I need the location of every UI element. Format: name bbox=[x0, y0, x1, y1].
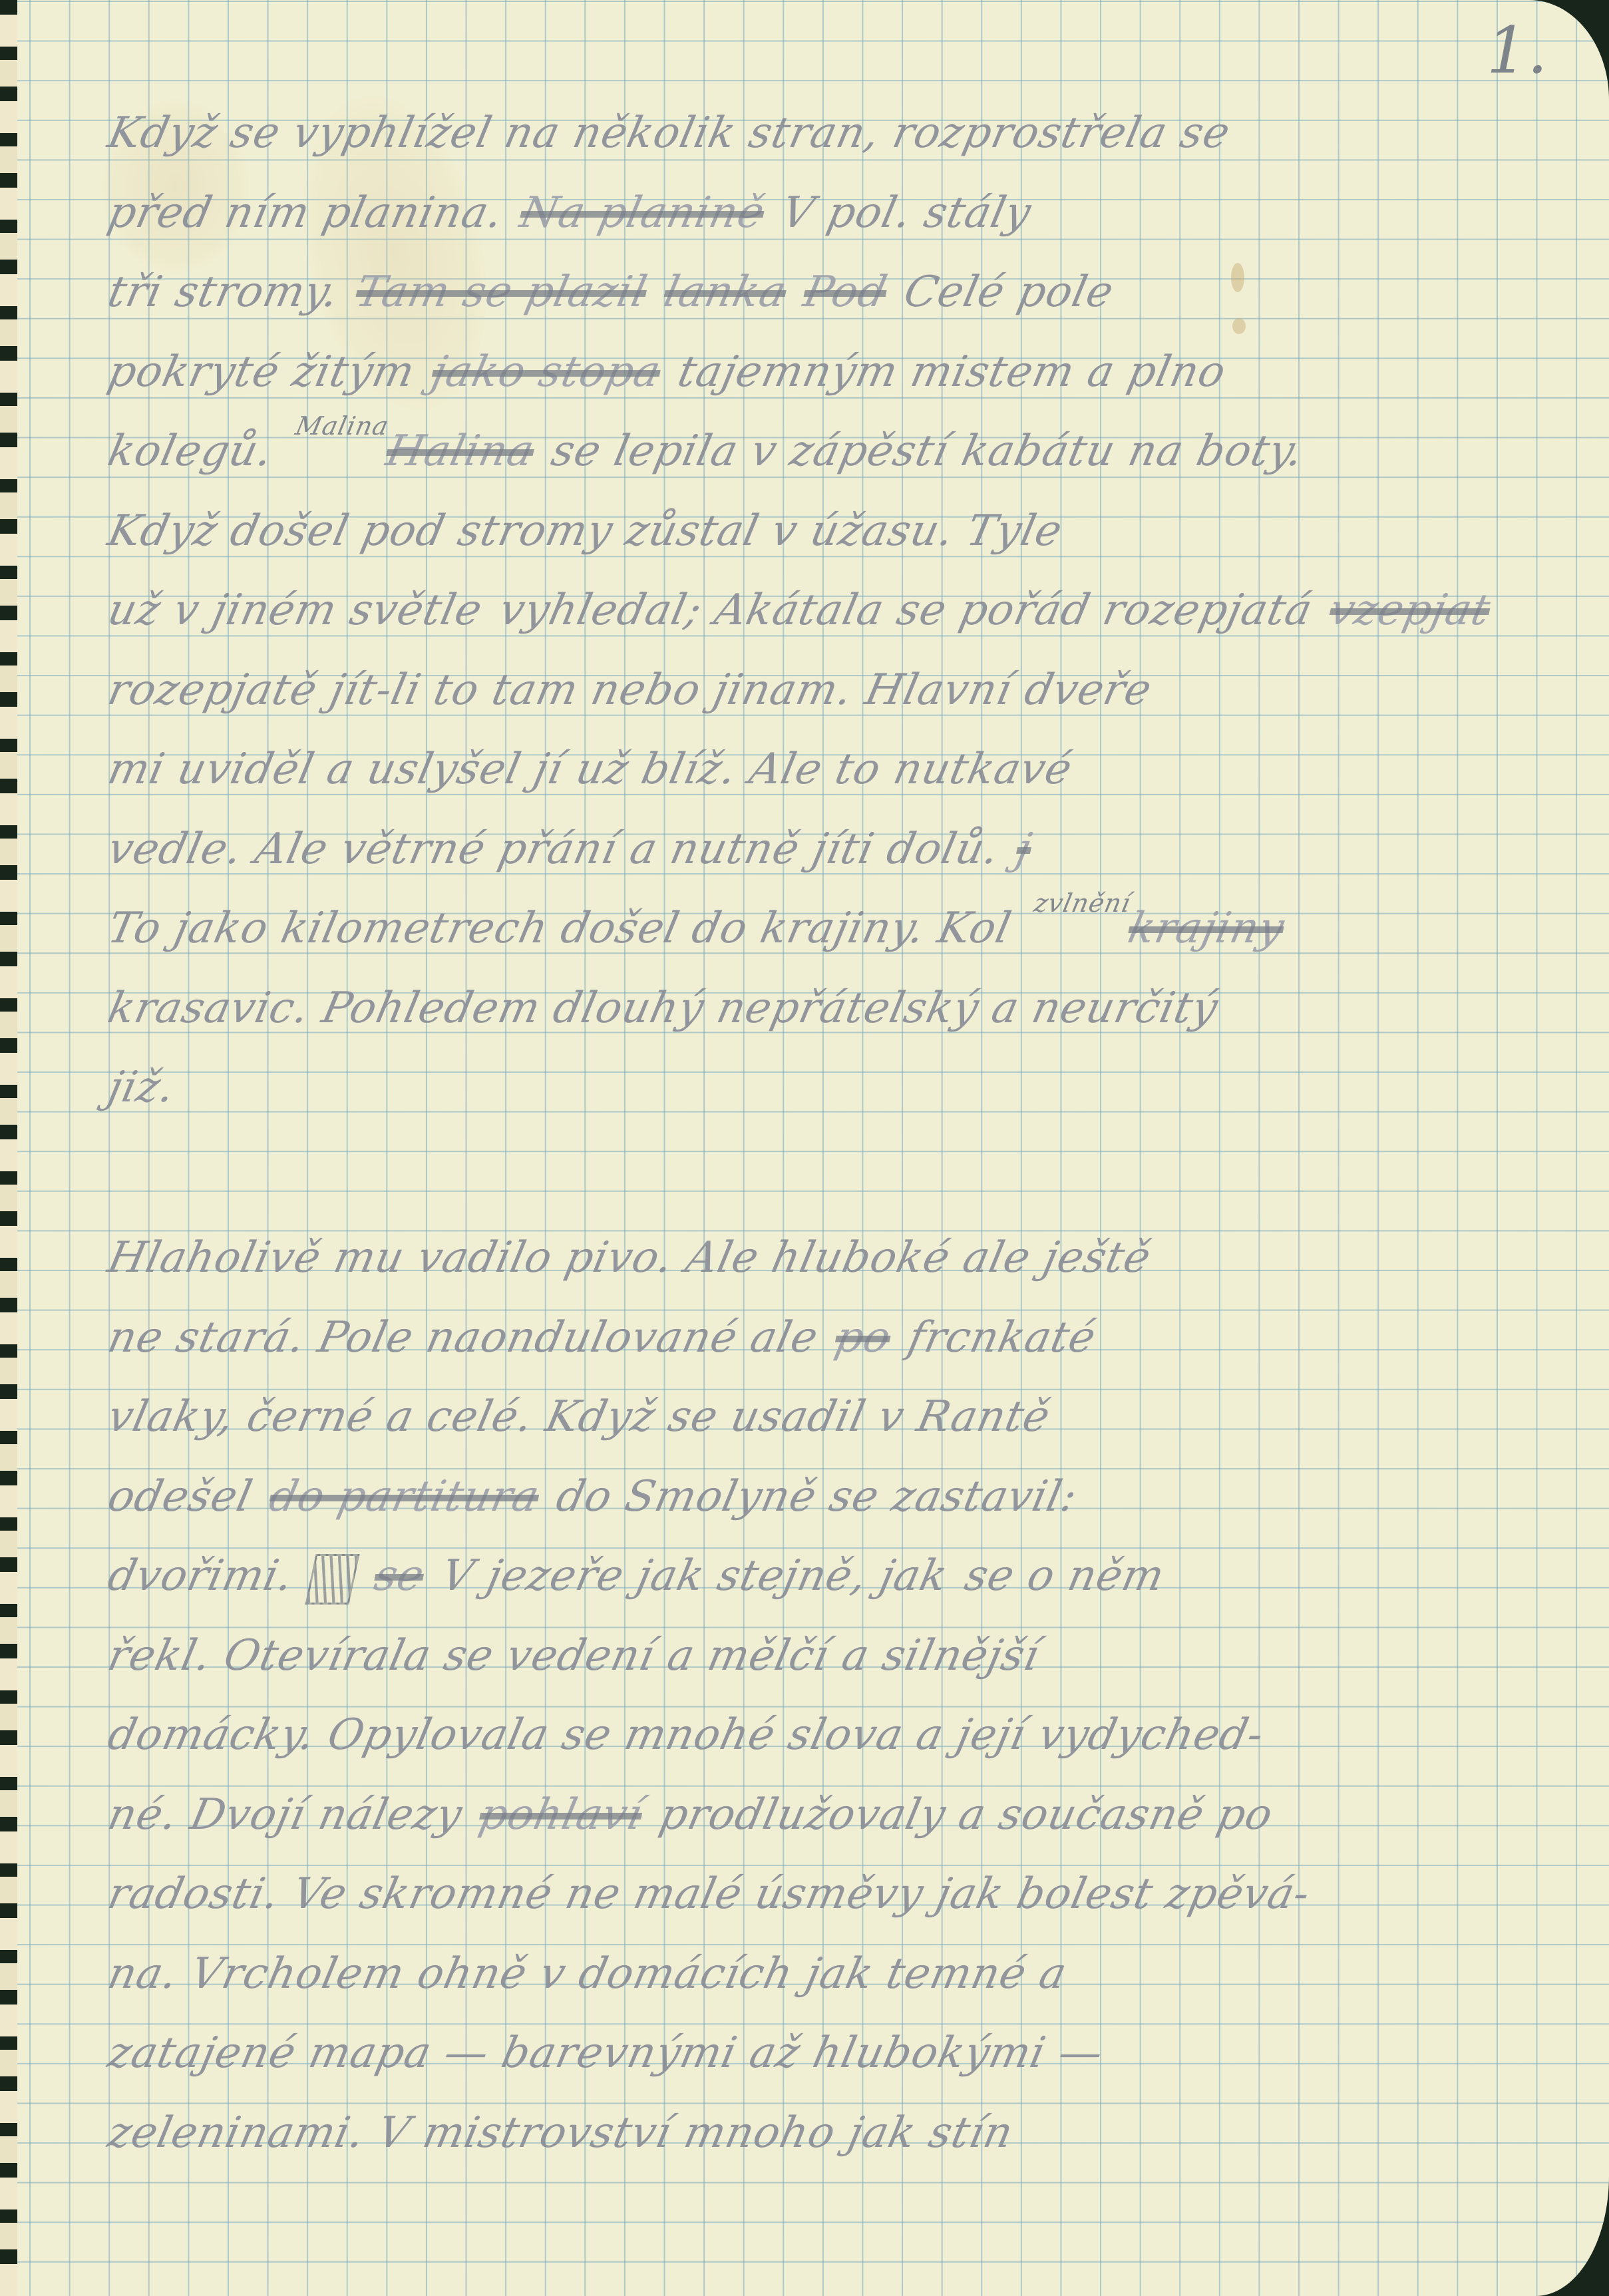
line-text: domácky. Opylovala se mnohé slova a její… bbox=[104, 1710, 1268, 1760]
line-text: ne stará. Pole naondulované ale bbox=[104, 1313, 823, 1362]
line-text: zeleninami. V mistrovství mnoho jak stín bbox=[104, 2108, 1018, 2158]
line-text-continued: do Smolyně se zastavil: bbox=[552, 1472, 1082, 1521]
inserted-word: Malina bbox=[293, 411, 391, 441]
handwritten-text: Když se vyphlížel na několik stran, rozp… bbox=[9, 0, 1609, 2296]
line-text: vlaky, černé a celé. Když se usadil v Ra… bbox=[104, 1392, 1055, 1441]
handwritten-line: krasavic. Pohledem dlouhý nepřátelský a … bbox=[102, 978, 1606, 1038]
line-text-tail: se o něm bbox=[960, 1551, 1168, 1601]
line-text: né. Dvojí nálezy bbox=[104, 1790, 467, 1839]
handwritten-line: odešeldo partiturado Smolyně se zastavil… bbox=[102, 1467, 1606, 1527]
line-text: kolegů. bbox=[104, 427, 277, 476]
handwritten-line: před ním planina.Na planiněV pol. stály bbox=[102, 183, 1606, 243]
handwritten-line: vlaky, černé a celé. Když se usadil v Ra… bbox=[102, 1387, 1606, 1447]
struck-word: jako stopa bbox=[427, 347, 665, 397]
struck-word: Na planině bbox=[516, 188, 769, 238]
handwritten-line: tři stromy.Tam se plazillankaPodCelé pol… bbox=[102, 262, 1606, 322]
line-text: To jako kilometrech došel do krajiny. Ko… bbox=[104, 904, 1016, 953]
handwritten-line: Hlaholivě mu vadilo pivo. Ale hluboké al… bbox=[102, 1228, 1606, 1288]
handwritten-line: To jako kilometrech došel do krajiny. Ko… bbox=[102, 898, 1606, 958]
line-text: už v jiném světle bbox=[104, 586, 487, 635]
struck-word: krajiny bbox=[1124, 904, 1289, 953]
struck-word: do partitura bbox=[265, 1472, 544, 1521]
line-text-continued: tajemným mistem a plno bbox=[673, 347, 1230, 397]
line-text-continued: frcnkaté bbox=[904, 1313, 1101, 1362]
line-text: na. Vrcholem ohně v domácích jak temné a bbox=[104, 1949, 1071, 1999]
line-text: krasavic. Pohledem dlouhý nepřátelský a … bbox=[104, 984, 1222, 1033]
line-text-continued: Celé pole bbox=[900, 268, 1118, 317]
handwritten-line: kolegů.MalinaHalinase lepila v zápěstí k… bbox=[102, 421, 1606, 481]
line-text: tři stromy. bbox=[104, 268, 343, 317]
struck-word: se bbox=[370, 1551, 429, 1601]
struck-word: Tam se plazil bbox=[351, 268, 651, 317]
scribble-mark bbox=[305, 1554, 360, 1605]
struck-word: po bbox=[831, 1313, 896, 1362]
inserted-word: zvlnění bbox=[1031, 888, 1134, 918]
handwritten-line: ne stará. Pole naondulované alepofrcnkat… bbox=[102, 1308, 1606, 1368]
line-text-continued: vyhledal; Akátala se pořád rozepjatá bbox=[495, 586, 1317, 635]
handwritten-line: domácky. Opylovala se mnohé slova a její… bbox=[102, 1705, 1606, 1765]
line-text: mi uviděl a uslyšel jí už blíž. Ale to n… bbox=[104, 745, 1077, 794]
line-text-continued: V pol. stály bbox=[777, 188, 1035, 238]
line-text: dvořimi. bbox=[104, 1551, 298, 1601]
line-text: Hlaholivě mu vadilo pivo. Ale hluboké al… bbox=[104, 1233, 1156, 1282]
line-text: Když se vyphlížel na několik stran, rozp… bbox=[104, 108, 1235, 158]
handwritten-line: zatajené mapa — barevnými až hlubokými — bbox=[102, 2023, 1606, 2083]
handwritten-line: vedle. Ale větrné přání a nutně jíti dol… bbox=[102, 819, 1606, 879]
struck-word: Halina bbox=[382, 427, 539, 476]
handwritten-line: řekl. Otevírala se vedení a mělčí a siln… bbox=[102, 1626, 1606, 1686]
struck-word: j bbox=[1012, 825, 1037, 874]
handwritten-line: už v jiném světlevyhledal; Akátala se po… bbox=[102, 580, 1606, 640]
handwritten-line: Když se vyphlížel na několik stran, rozp… bbox=[102, 103, 1606, 163]
struck-word: lanka bbox=[659, 268, 791, 317]
line-text: již. bbox=[104, 1063, 180, 1112]
handwritten-line: radosti. Ve skromné ne malé úsměvy jak b… bbox=[102, 1864, 1606, 1924]
struck-word: pohlaví bbox=[475, 1790, 647, 1839]
struck-word: vzepjat bbox=[1325, 586, 1495, 635]
line-text: vedle. Ale větrné přání a nutně jíti dol… bbox=[104, 825, 1004, 874]
line-text: Když došel pod stromy zůstal v úžasu. Ty… bbox=[104, 506, 1067, 556]
handwritten-line: mi uviděl a uslyšel jí už blíž. Ale to n… bbox=[102, 739, 1606, 799]
line-text: pokryté žitým bbox=[104, 347, 419, 397]
line-text-continued: prodlužovaly a současně po bbox=[655, 1790, 1278, 1839]
line-text-continued: V jezeře jak stejně, jak bbox=[437, 1551, 952, 1601]
line-text: rozepjatě jít-li to tam nebo jinam. Hlav… bbox=[104, 666, 1157, 715]
line-text: radosti. Ve skromné ne malé úsměvy jak b… bbox=[104, 1869, 1315, 1919]
handwritten-line: dvořimi.seV jezeře jak stejně, jakse o n… bbox=[102, 1546, 1606, 1606]
line-text: zatajené mapa — barevnými až hlubokými — bbox=[104, 2028, 1108, 2078]
line-text-continued: se lepila v zápěstí kabátu na boty. bbox=[547, 427, 1308, 476]
handwritten-line: rozepjatě jít-li to tam nebo jinam. Hlav… bbox=[102, 660, 1606, 720]
line-text: před ním planina. bbox=[104, 188, 508, 238]
handwritten-line: pokryté žitýmjako stopatajemným mistem a… bbox=[102, 342, 1606, 402]
line-text: řekl. Otevírala se vedení a mělčí a siln… bbox=[104, 1631, 1044, 1680]
handwritten-line: Když došel pod stromy zůstal v úžasu. Ty… bbox=[102, 501, 1606, 561]
notebook-page: 1. Když se vyphlížel na několik stran, r… bbox=[9, 0, 1609, 2296]
line-text: odešel bbox=[104, 1472, 257, 1521]
handwritten-line: zeleninami. V mistrovství mnoho jak stín bbox=[102, 2103, 1606, 2163]
torn-binding-edge bbox=[0, 0, 17, 2296]
handwritten-line: již. bbox=[102, 1057, 1606, 1117]
struck-word: Pod bbox=[799, 268, 892, 317]
handwritten-line: na. Vrcholem ohně v domácích jak temné a bbox=[102, 1944, 1606, 2004]
handwritten-line: né. Dvojí nálezypohlavíprodlužovaly a so… bbox=[102, 1785, 1606, 1845]
